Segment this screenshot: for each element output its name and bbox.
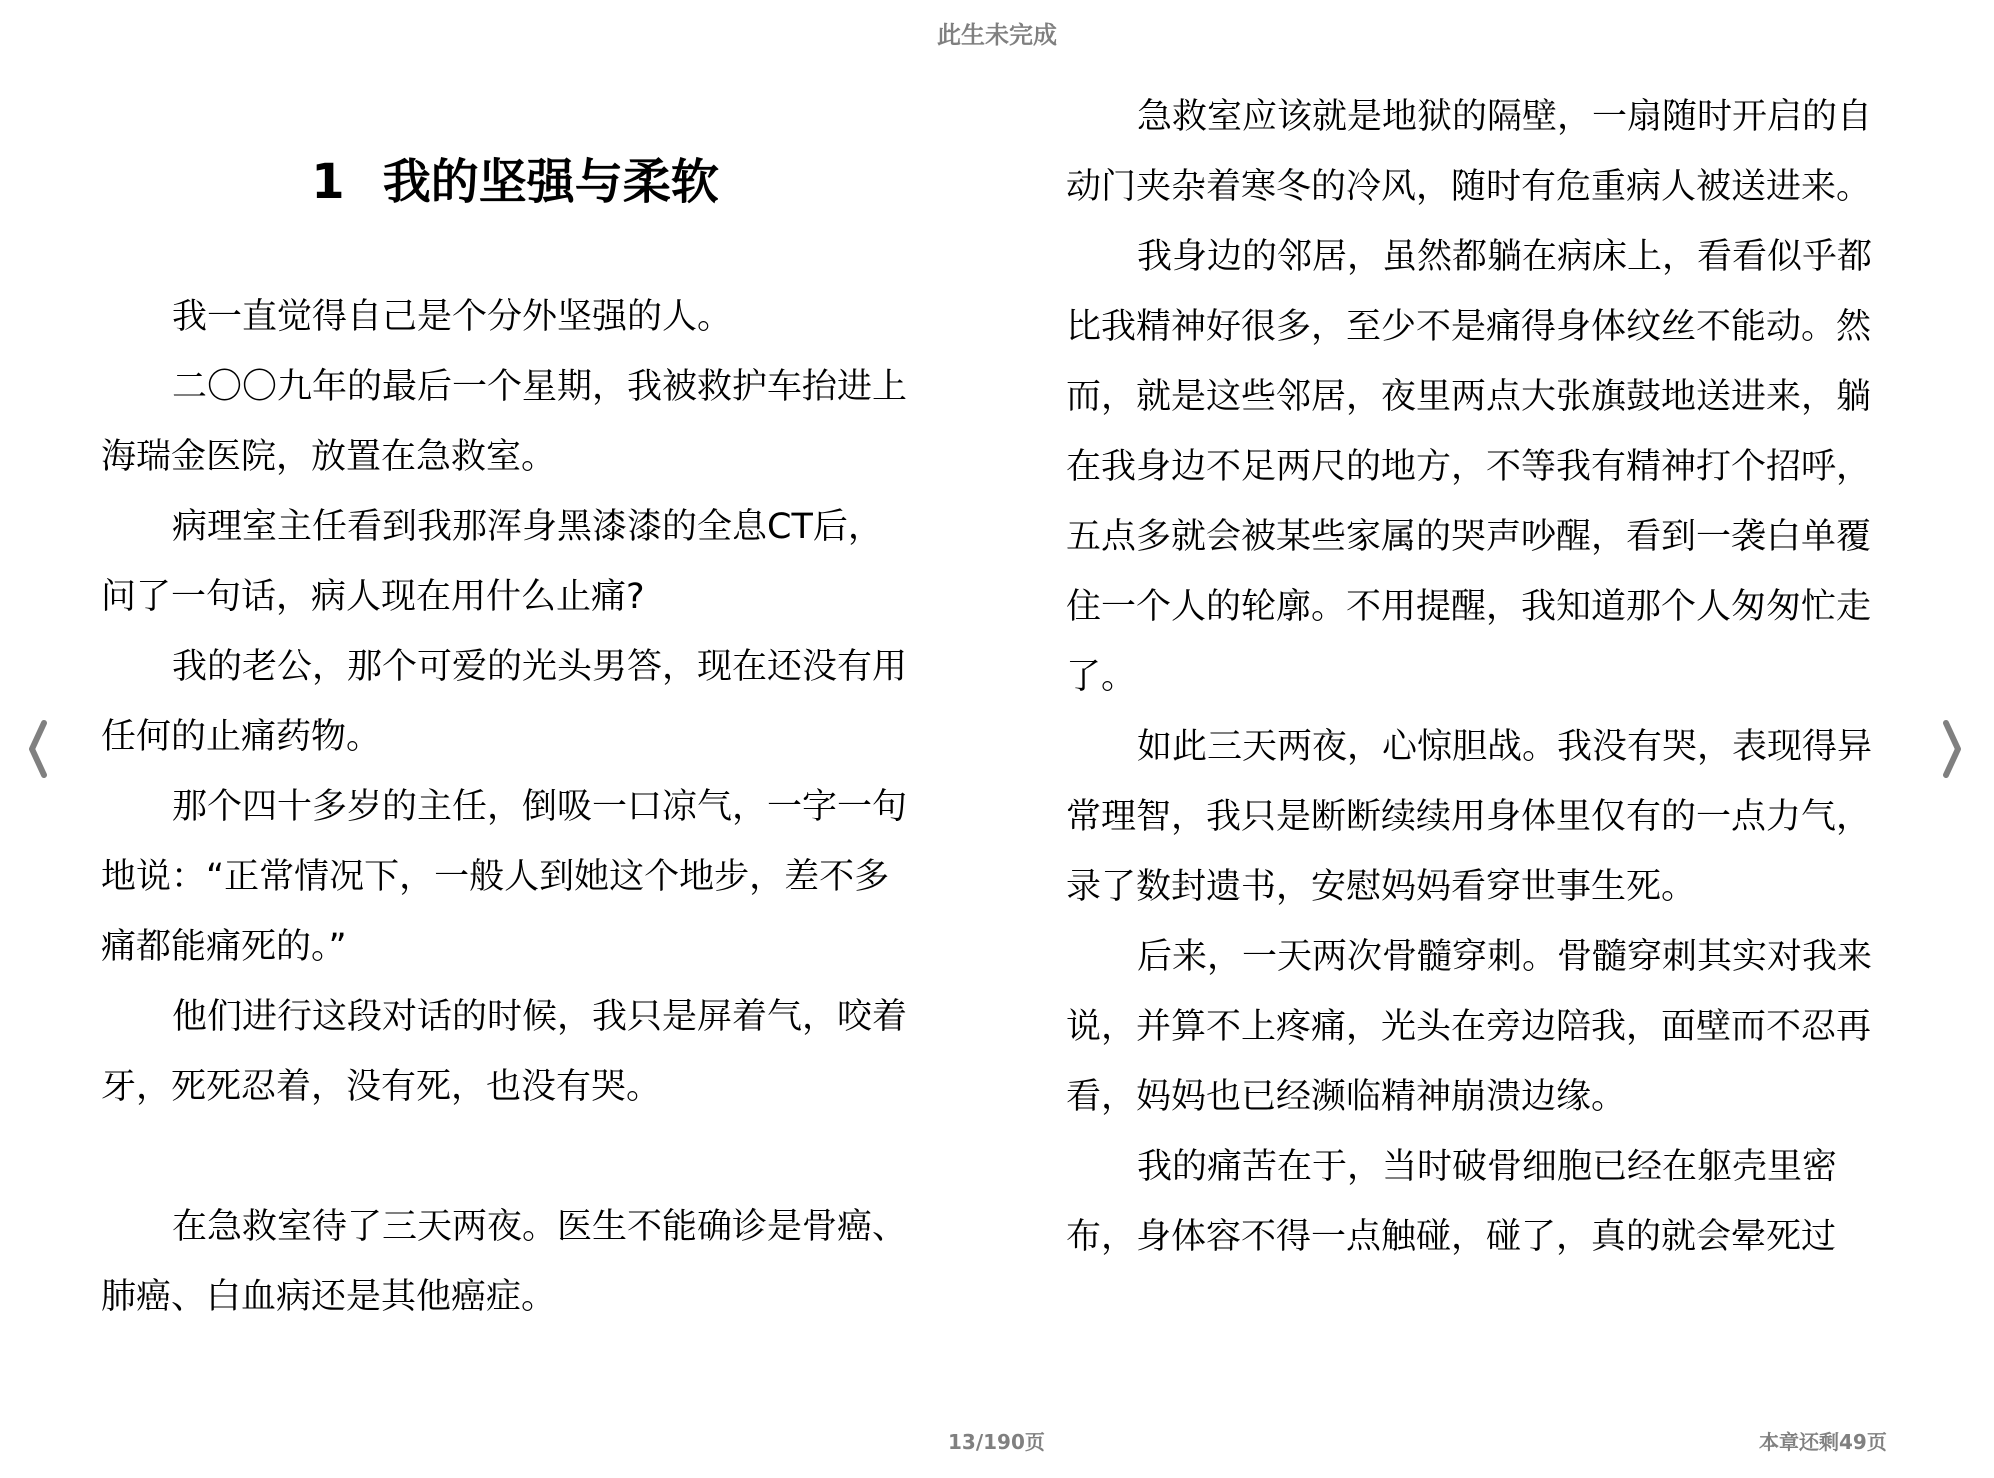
text-line: 在我身边不足两尺的地方，不等我有精神打个招呼， <box>1066 432 1894 502</box>
next-page-button[interactable] <box>1938 718 1968 780</box>
text-line: 二〇〇九年的最后一个星期，我被救护车抬进上 <box>101 352 929 422</box>
text-line: 五点多就会被某些家属的哭声吵醒，看到一袭白单覆 <box>1066 502 1894 572</box>
chapter-title: 1我的坚强与柔软 <box>101 150 929 214</box>
text-line: 海瑞金医院，放置在急救室。 <box>101 422 929 492</box>
text-line: 如此三天两夜，心惊胆战。我没有哭，表现得异 <box>1066 712 1894 782</box>
text-line: 牙，死死忍着，没有死，也没有哭。 <box>101 1052 929 1122</box>
text-line: 了。 <box>1066 642 1894 712</box>
page-indicator: 13/190页 <box>948 1428 1045 1456</box>
text-line: 动门夹杂着寒冬的冷风，随时有危重病人被送进来。 <box>1066 152 1894 222</box>
text-line: 比我精神好很多，至少不是痛得身体纹丝不能动。然 <box>1066 292 1894 362</box>
text-line: 地说：“正常情况下，一般人到她这个地步，差不多 <box>101 842 929 912</box>
text-line: 常理智，我只是断断续续用身体里仅有的一点力气， <box>1066 782 1894 852</box>
text-line: 我的痛苦在于，当时破骨细胞已经在躯壳里密 <box>1066 1132 1894 1202</box>
blank-line <box>101 1122 929 1192</box>
text-line: 我身边的邻居，虽然都躺在病床上，看看似乎都 <box>1066 222 1894 292</box>
text-line: 那个四十多岁的主任，倒吸一口凉气，一字一句 <box>101 772 929 842</box>
text-line: 问了一句话，病人现在用什么止痛? <box>101 562 929 632</box>
text-line: 在急救室待了三天两夜。医生不能确诊是骨癌、 <box>101 1192 929 1262</box>
chapter-remaining-pages: 本章还剩49页 <box>1759 1428 1887 1456</box>
text-line: 看，妈妈也已经濒临精神崩溃边缘。 <box>1066 1062 1894 1132</box>
text-line: 肺癌、白血病还是其他癌症。 <box>101 1262 929 1332</box>
text-line: 录了数封遗书，安慰妈妈看穿世事生死。 <box>1066 852 1894 922</box>
text-line: 我的老公，那个可爱的光头男答，现在还没有用 <box>101 632 929 702</box>
text-line: 布，身体容不得一点触碰，碰了，真的就会晕死过 <box>1066 1202 1894 1272</box>
text-line: 痛都能痛死的。” <box>101 912 929 982</box>
right-page: 急救室应该就是地狱的隔壁，一扇随时开启的自动门夹杂着寒冬的冷风，随时有危重病人被… <box>1066 82 1894 1272</box>
text-line: 任何的止痛药物。 <box>101 702 929 772</box>
previous-page-button[interactable] <box>22 718 52 780</box>
chevron-right-icon <box>1938 718 1968 780</box>
text-line: 急救室应该就是地狱的隔壁，一扇随时开启的自 <box>1066 82 1894 152</box>
book-title: 此生未完成 <box>0 18 1994 52</box>
chapter-title-text: 我的坚强与柔软 <box>383 154 719 210</box>
chapter-number: 1 <box>311 154 344 210</box>
text-line: 住一个人的轮廓。不用提醒，我知道那个人匆匆忙走 <box>1066 572 1894 642</box>
text-line: 病理室主任看到我那浑身黑漆漆的全息CT后， <box>101 492 929 562</box>
chevron-left-icon <box>22 718 52 780</box>
text-line: 说，并算不上疼痛，光头在旁边陪我，面壁而不忍再 <box>1066 992 1894 1062</box>
text-line: 我一直觉得自己是个分外坚强的人。 <box>101 282 929 352</box>
text-line: 他们进行这段对话的时候，我只是屏着气，咬着 <box>101 982 929 1052</box>
text-line: 而，就是这些邻居，夜里两点大张旗鼓地送进来，躺 <box>1066 362 1894 432</box>
left-page: 我一直觉得自己是个分外坚强的人。二〇〇九年的最后一个星期，我被救护车抬进上海瑞金… <box>101 282 929 1332</box>
text-line: 后来，一天两次骨髓穿刺。骨髓穿刺其实对我来 <box>1066 922 1894 992</box>
